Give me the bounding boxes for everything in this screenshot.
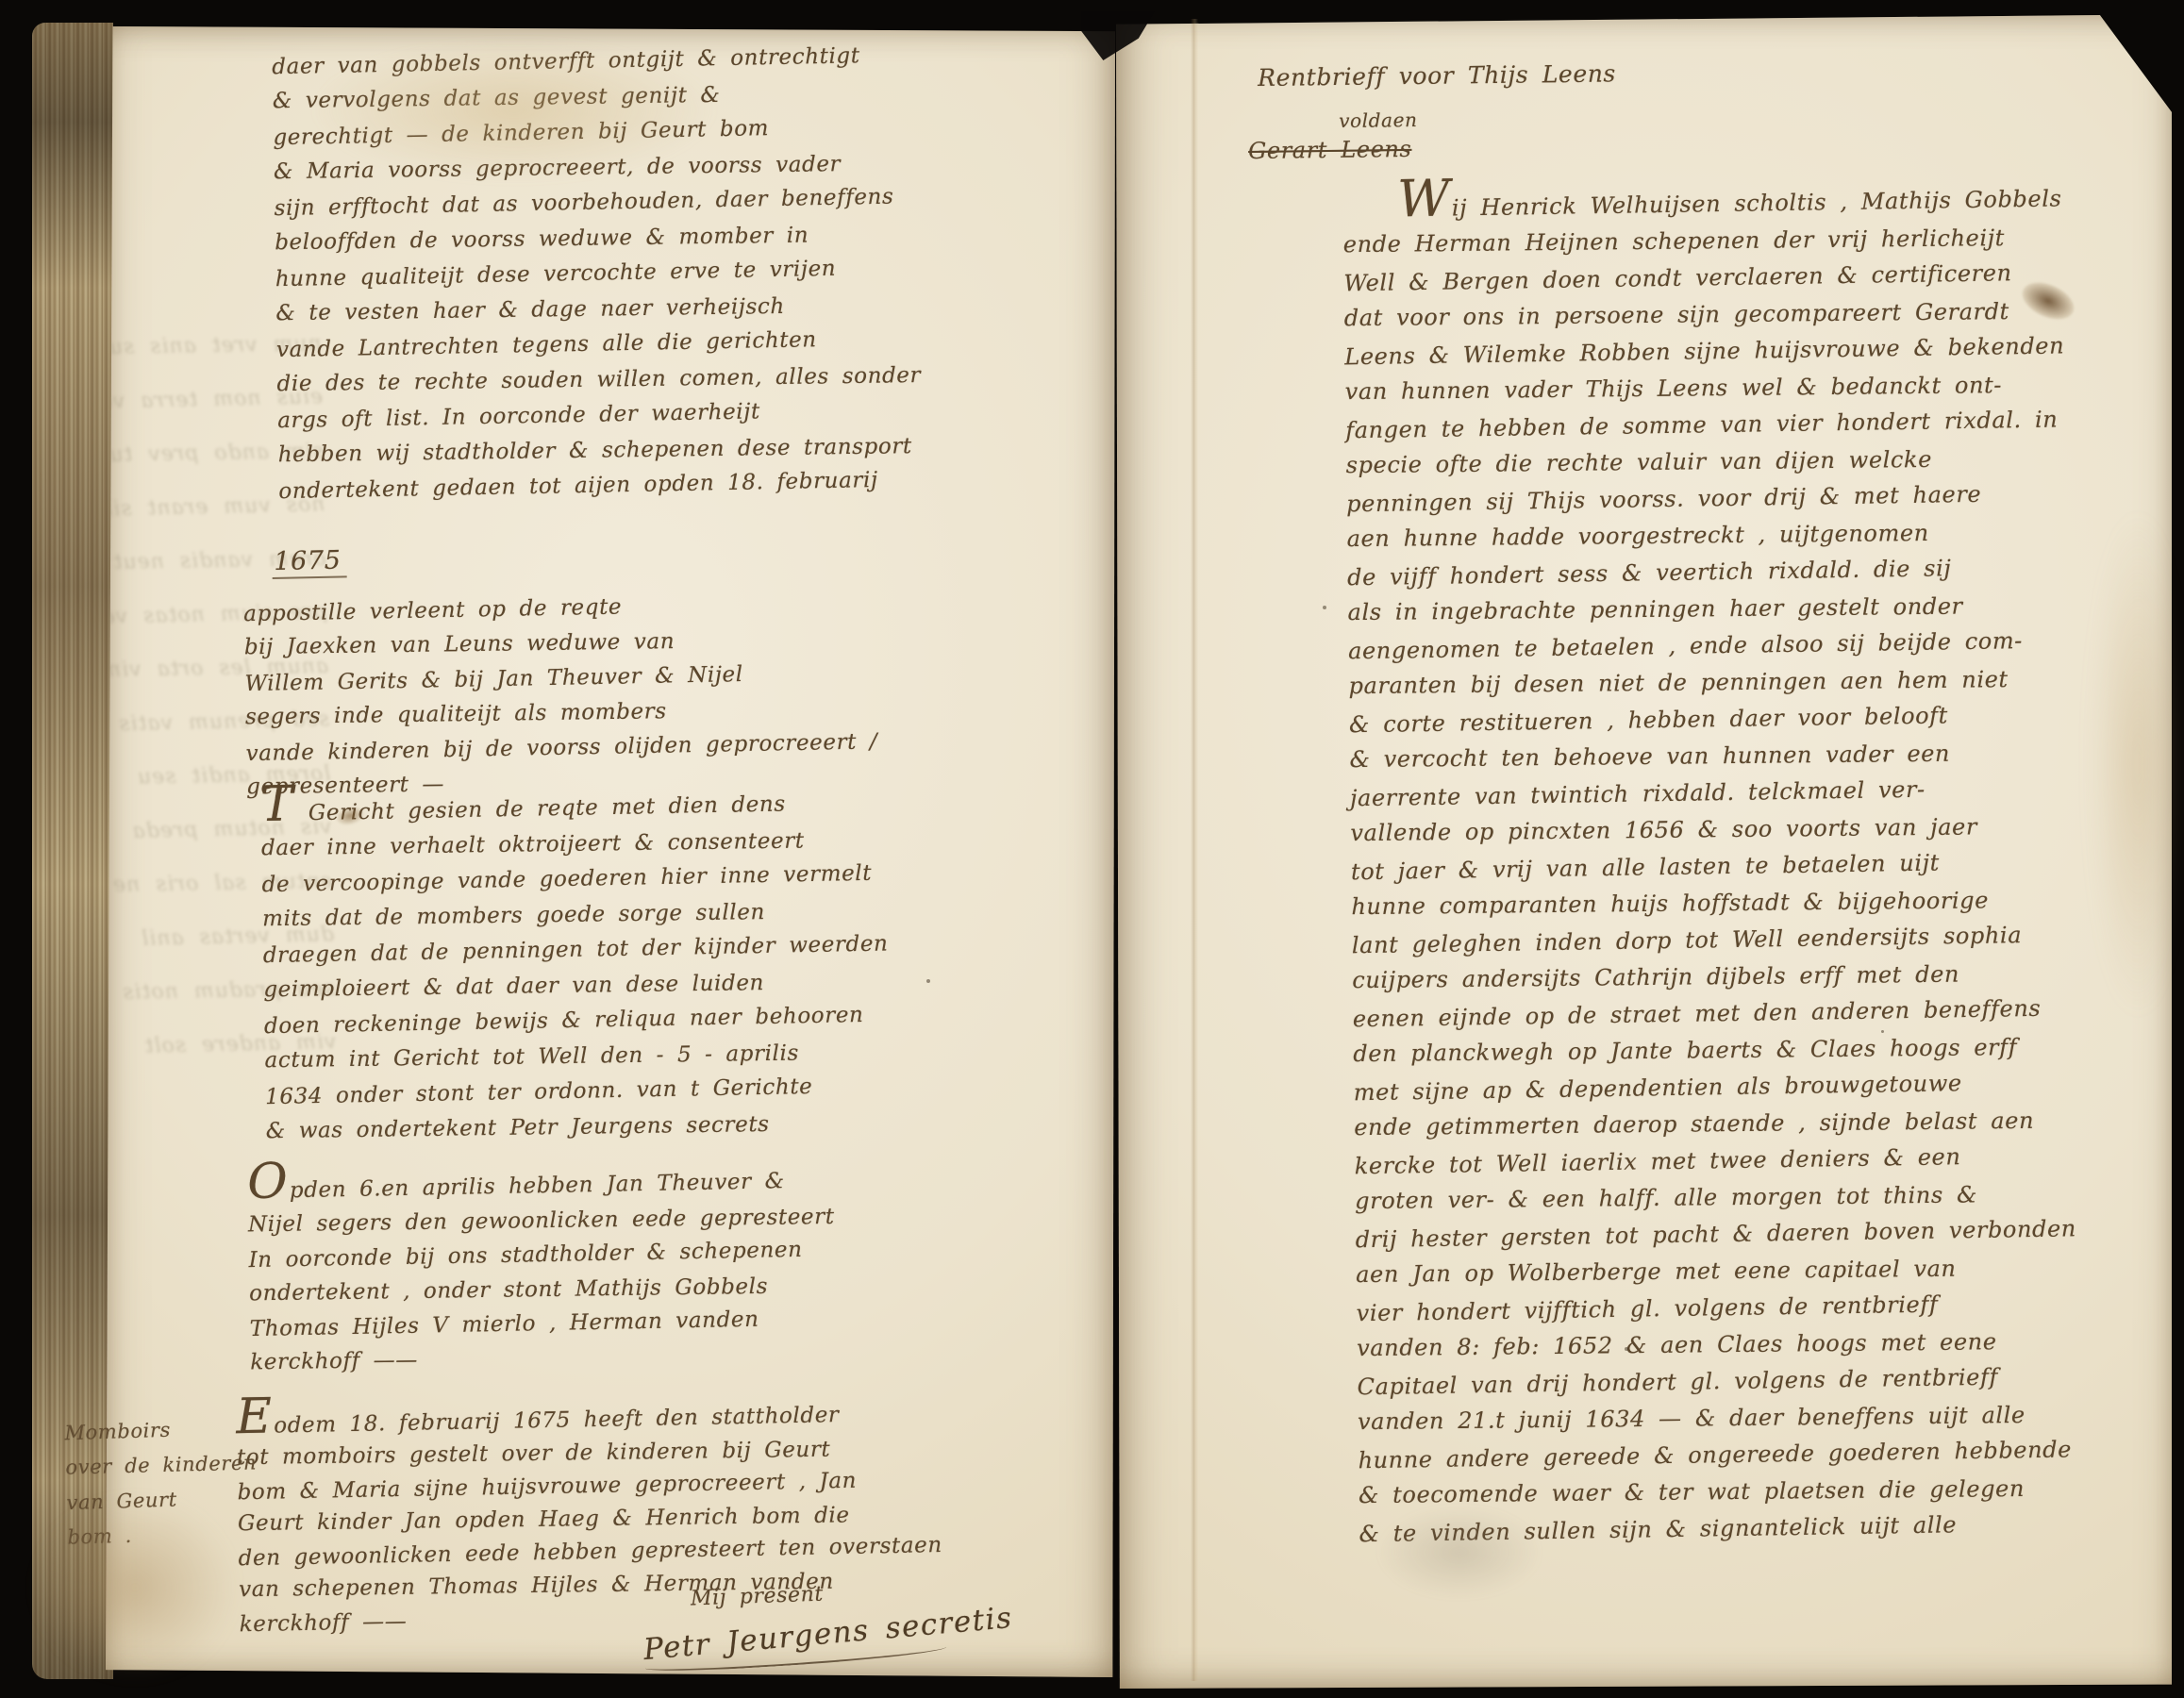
struck-name: Gerart Leens [1248, 136, 1412, 164]
manuscript-line: over de kinderen [65, 1445, 258, 1485]
paid-annotation: voldaen [1339, 108, 1418, 132]
deed-body-paragraph: Wij Henrick Welhuijsen scholtis , Mathij… [1342, 173, 2080, 1552]
manuscript-line: van Geurt [66, 1480, 258, 1521]
gutter-crease [1191, 19, 1198, 1681]
paper-speck [1323, 606, 1326, 609]
aprilis-entry-paragraph: Opden 6.en aprilis hebben Jan Theuver &N… [247, 1155, 837, 1380]
transport-paragraph: daer van gobbels ontverfft ontgijt & ont… [272, 39, 923, 508]
margin-note-momboirs: Momboirsover de kinderenvan Geurtbom . [64, 1410, 259, 1556]
paper-speck [1881, 1030, 1884, 1033]
paper-speck [1625, 1347, 1628, 1351]
deed-header-title: Rentbrieff voor Thijs Leens [1258, 59, 1616, 92]
left-page: num vret anis sumeius nom terra velsim a… [106, 26, 1115, 1677]
present-note: Mij present [691, 1583, 825, 1611]
eodem-entry-paragraph: Eodem 18. februarij 1675 heeft den statt… [236, 1388, 943, 1640]
paper-speck [926, 979, 930, 983]
paper-speck [1883, 757, 1887, 760]
manuscript-line: Momboirs [64, 1410, 257, 1451]
right-page: Rentbrieff voor Thijs Leens voldaen Gera… [1116, 15, 2172, 1689]
manuscript-line: kerckhoff —— [250, 1337, 837, 1379]
year-1675: 1675 [272, 545, 347, 579]
gericht-decree-paragraph: T Gericht gesien de reqte met dien densd… [260, 777, 892, 1150]
manuscript-line: bom . [67, 1515, 259, 1555]
manuscript-scan: num vret anis sumeius nom terra velsim a… [0, 0, 2184, 1698]
appostille-paragraph: appostille verleent op de reqtebij Jaexk… [243, 586, 878, 805]
